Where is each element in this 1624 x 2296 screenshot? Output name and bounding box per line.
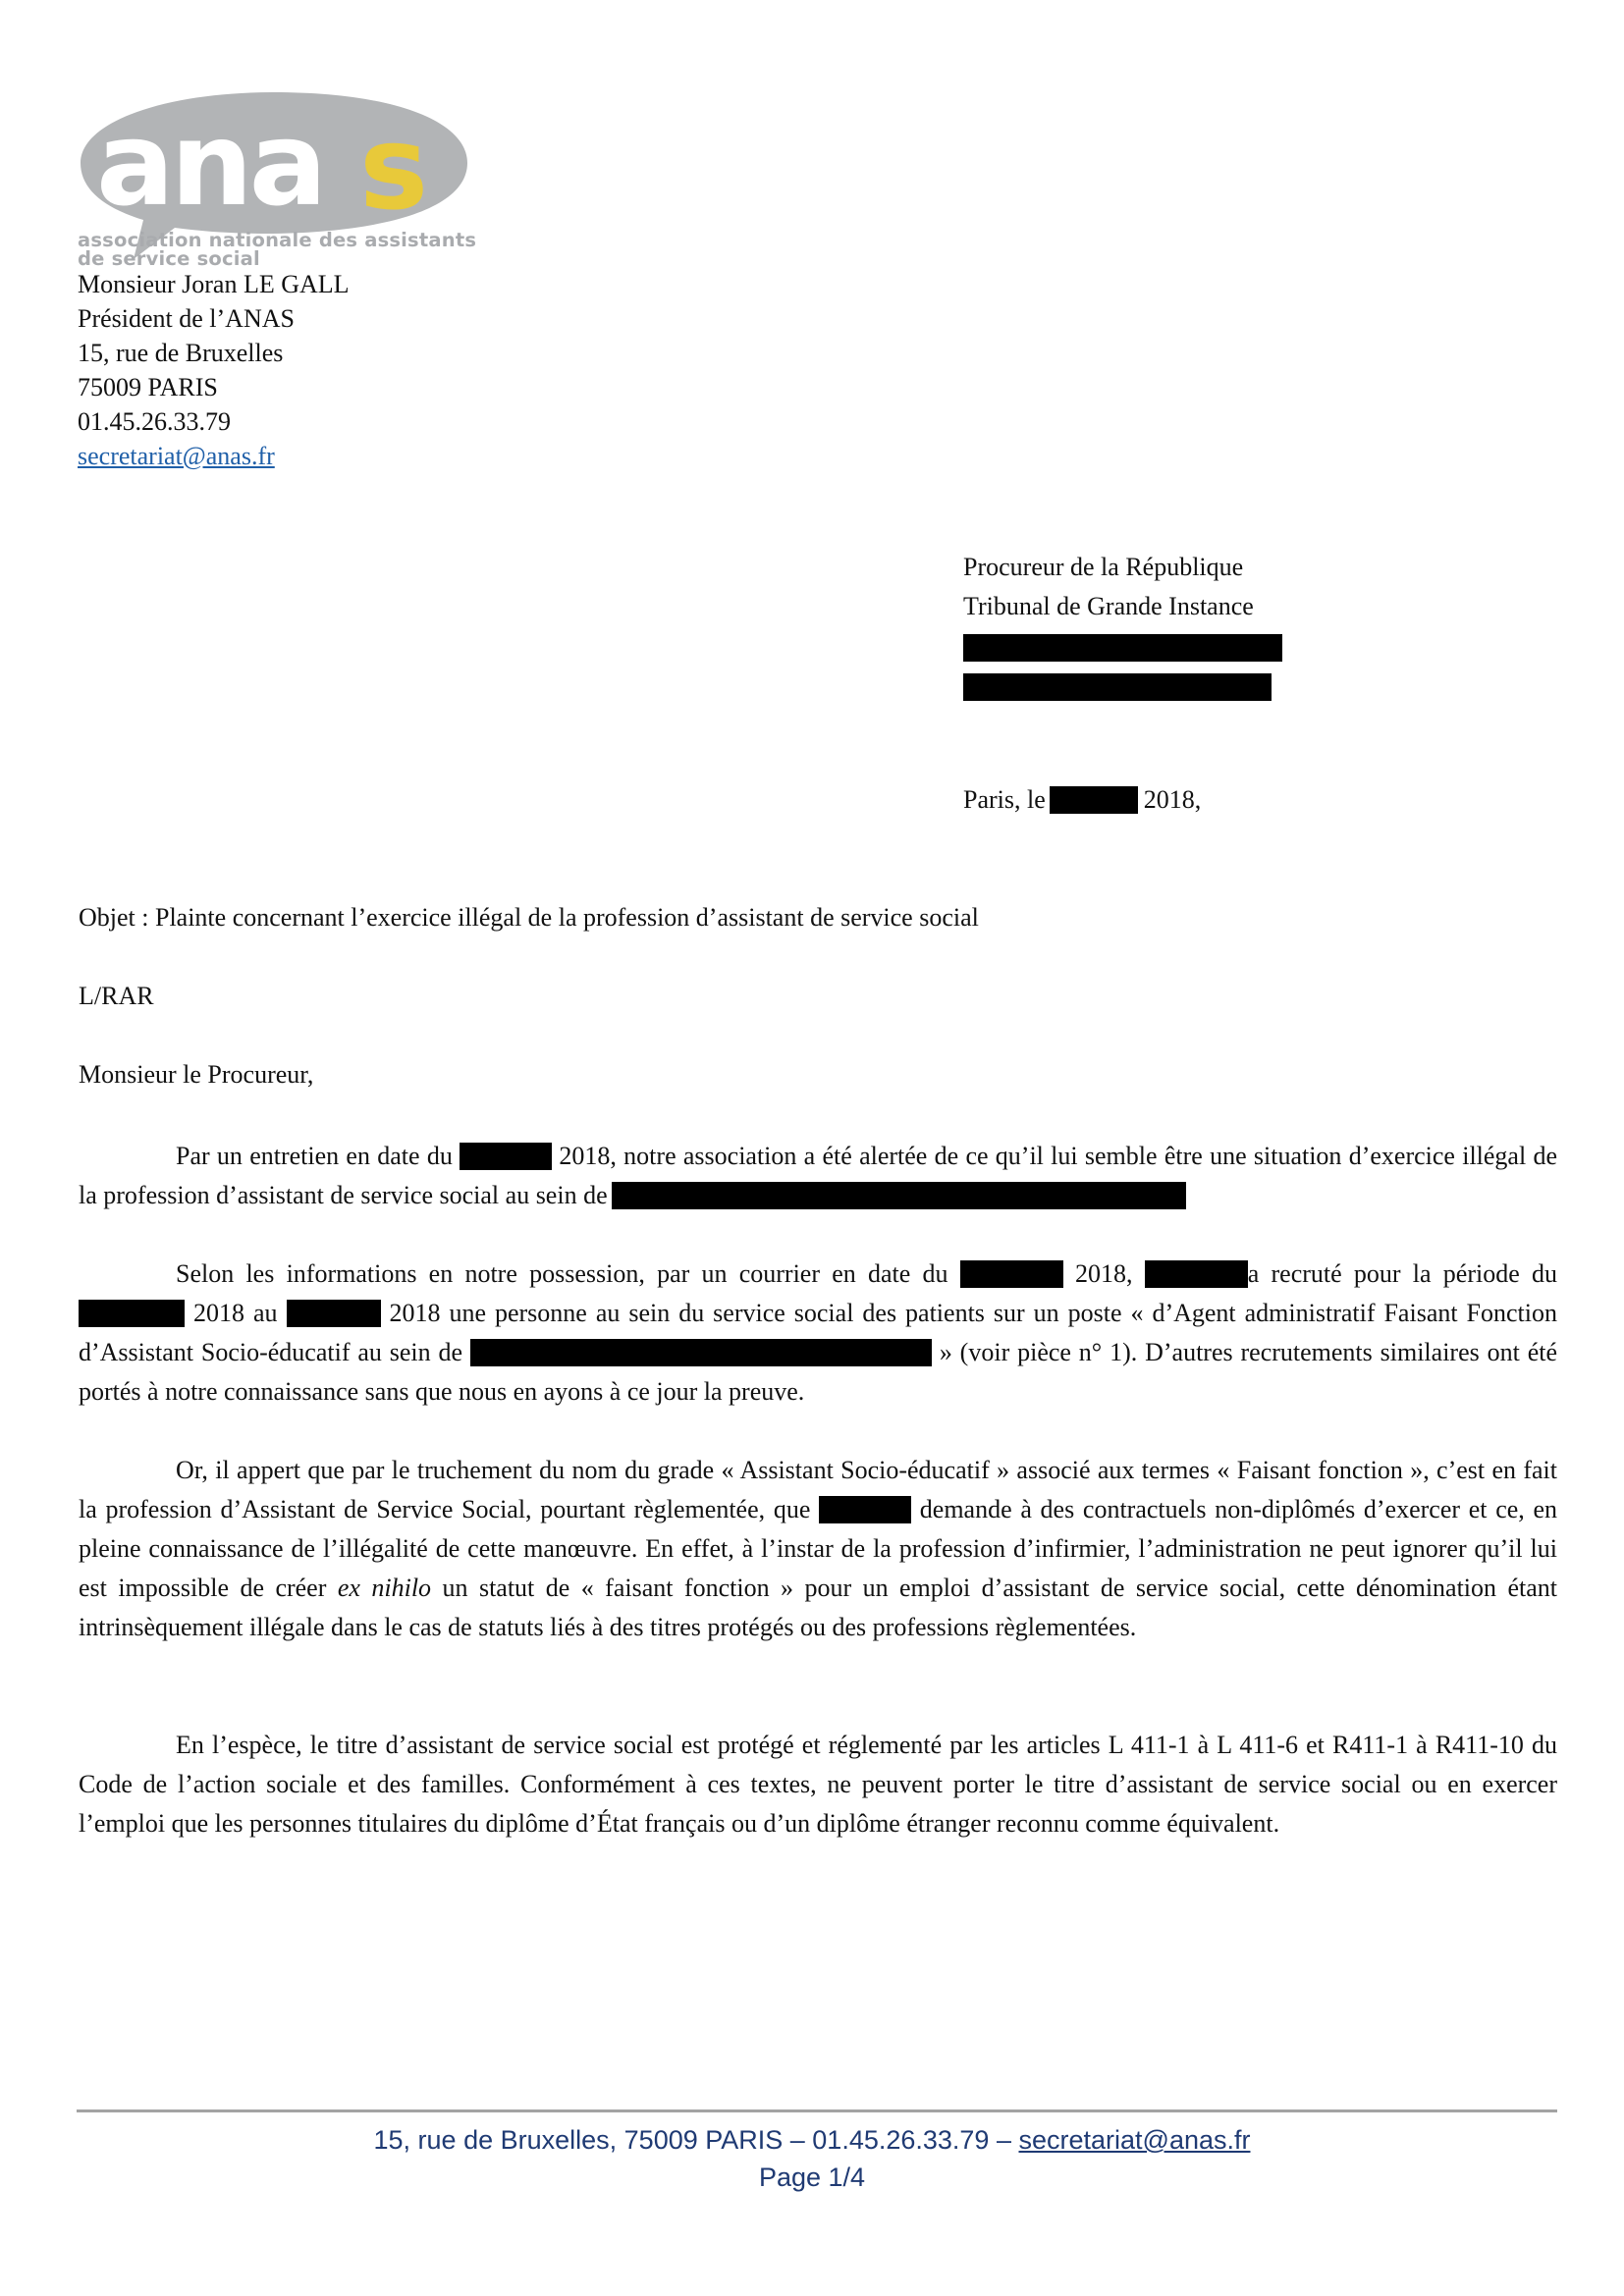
sender-city: 75009 PARIS <box>78 370 350 404</box>
sender-title: Président de l’ANAS <box>78 301 350 336</box>
logo-tagline: association nationale des assistants de … <box>78 231 476 268</box>
sender-street: 15, rue de Bruxelles <box>78 336 350 370</box>
redacted-date <box>460 1143 552 1170</box>
subject-line: Objet : Plainte concernant l’exercice il… <box>79 903 979 933</box>
page-number: Page 1/4 <box>0 2161 1624 2195</box>
redacted-date <box>960 1260 1063 1288</box>
footer-email-link[interactable]: secretariat@anas.fr <box>1018 2125 1250 2155</box>
body-paragraph-1: Par un entretien en date du 2018, notre … <box>79 1137 1557 1215</box>
redacted-date <box>79 1300 185 1327</box>
body-paragraph-4: En l’espèce, le titre d’assistant de ser… <box>79 1726 1557 1843</box>
redacted-address-line-2 <box>963 673 1272 701</box>
sender-phone: 01.45.26.33.79 <box>78 404 350 439</box>
sender-name: Monsieur Joran LE GALL <box>78 267 350 301</box>
sender-email-link[interactable]: secretariat@anas.fr <box>78 442 275 470</box>
tagline-line-2: de service social <box>78 249 476 268</box>
svg-text:s: s <box>359 100 428 236</box>
recipient-line-1: Procureur de la République <box>963 548 1282 587</box>
p2-text-c: a recruté pour la période du <box>1248 1259 1557 1288</box>
p2-text-b: 2018, <box>1075 1259 1133 1288</box>
redacted-date <box>287 1300 381 1327</box>
p1-text-a: Par un entretien en date du <box>176 1142 453 1170</box>
sender-block: Monsieur Joran LE GALL Président de l’AN… <box>78 267 350 473</box>
p2-text-a: Selon les informations en notre possessi… <box>176 1259 948 1288</box>
p2-text-d: 2018 au <box>193 1299 278 1327</box>
p3-italic-latin: ex nihilo <box>338 1574 431 1602</box>
salutation: Monsieur le Procureur, <box>79 1060 313 1090</box>
delivery-mode: L/RAR <box>79 982 154 1011</box>
date-suffix: 2018, <box>1144 785 1202 814</box>
svg-text:ana: ana <box>96 96 323 232</box>
date-prefix: Paris, le <box>963 785 1046 814</box>
redacted-organization <box>819 1496 911 1523</box>
redacted-address-line-1 <box>963 634 1282 662</box>
footer-contact-line: 15, rue de Bruxelles, 75009 PARIS – 01.4… <box>0 2123 1624 2158</box>
footer-divider <box>77 2109 1557 2112</box>
footer-address: 15, rue de Bruxelles, 75009 PARIS – 01.4… <box>374 2125 1011 2155</box>
page-footer: 15, rue de Bruxelles, 75009 PARIS – 01.4… <box>0 2123 1624 2195</box>
letter-date: Paris, le2018, <box>963 785 1201 815</box>
redacted-date <box>1050 786 1138 814</box>
redacted-organization <box>1145 1260 1248 1288</box>
recipient-line-2: Tribunal de Grande Instance <box>963 587 1282 626</box>
body-paragraph-3: Or, il appert que par le truchement du n… <box>79 1451 1557 1647</box>
redacted-organization <box>470 1339 932 1366</box>
body-paragraph-2: Selon les informations en notre possessi… <box>79 1255 1557 1412</box>
recipient-block: Procureur de la République Tribunal de G… <box>963 548 1282 713</box>
redacted-organization <box>612 1182 1186 1209</box>
